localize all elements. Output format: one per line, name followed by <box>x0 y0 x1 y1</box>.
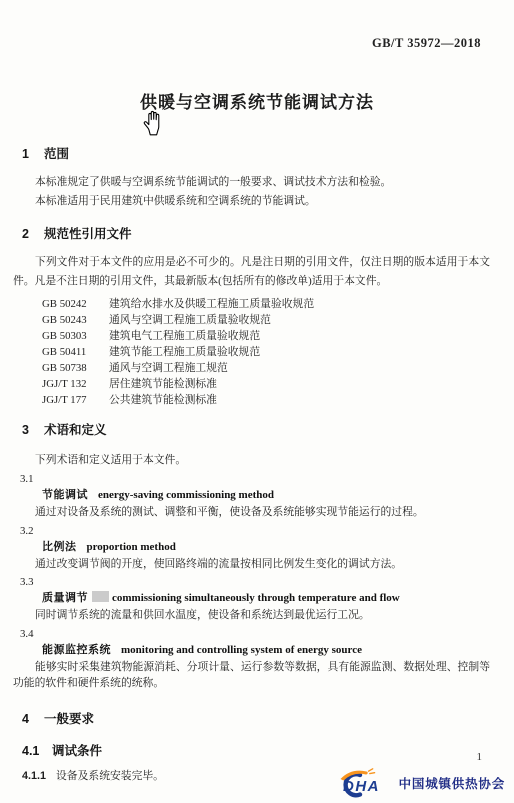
section-4-heading: 4一般要求 <box>22 712 514 727</box>
clause-number: 4.1.1 <box>22 770 46 782</box>
selection-highlight <box>92 591 109 602</box>
term-number: 3.1 <box>20 472 514 487</box>
term-title-row: 节能调试energy-saving commissioning method <box>42 487 514 503</box>
reference-item: JGJ/T 177公共建筑节能检测标准 <box>42 392 514 408</box>
term-title-row: 比例法proportion method <box>42 539 514 555</box>
term-zh: 能源监控系统 <box>42 644 111 656</box>
section-number: 3 <box>22 423 32 438</box>
org-name: 中国城镇供热协会 <box>399 774 505 792</box>
section-4-1-heading: 4.1调试条件 <box>22 744 514 759</box>
term-en: energy-saving commissioning method <box>98 489 274 501</box>
reference-item: GB 50242建筑给水排水及供暖工程施工质量验收规范 <box>42 296 514 312</box>
section-number: 4.1 <box>22 744 44 759</box>
reference-item: GB 50303建筑电气工程施工质量验收规范 <box>42 328 514 344</box>
reference-title: 公共建筑节能检测标准 <box>109 394 217 406</box>
reference-code: GB 50303 <box>42 328 99 344</box>
term-en: commissioning simultaneously through tem… <box>112 592 400 604</box>
terms-intro: 下列术语和定义适用于本文件。 <box>13 452 490 469</box>
cdha-logo-icon: DHA <box>331 767 395 799</box>
term-zh: 节能调试 <box>42 489 88 501</box>
section-3-heading: 3术语和定义 <box>22 423 514 438</box>
page-title: 供暖与空调系统节能调试方法 <box>0 88 514 110</box>
cdha-logo: DHA 中国城镇供热协会 <box>331 767 505 799</box>
section-number: 4 <box>22 712 32 727</box>
reference-code: JGJ/T 132 <box>42 376 99 392</box>
section-title: 术语和定义 <box>44 423 107 437</box>
term-en: monitoring and controlling system of ene… <box>121 644 362 656</box>
reference-item: GB 50738通风与空调工程施工规范 <box>42 360 514 376</box>
section-number: 2 <box>22 227 32 242</box>
term-number: 3.4 <box>20 627 514 642</box>
term-definition: 通过改变调节阀的开度，使回路终端的流量按相同比例发生变化的调试方法。 <box>13 556 490 573</box>
section-1-heading: 1范围 <box>22 147 514 162</box>
term-number: 3.2 <box>20 524 514 539</box>
reference-list: GB 50242建筑给水排水及供暖工程施工质量验收规范 GB 50243通风与空… <box>42 296 514 408</box>
document-page[interactable]: GB/T 35972—2018 供暖与空调系统节能调试方法 1范围 本标准规定了… <box>0 0 514 803</box>
term-en: proportion method <box>87 541 176 553</box>
reference-title: 居住建筑节能检测标准 <box>109 378 217 390</box>
term-definition: 同时调节系统的流量和供回水温度，使设备和系统达到最优运行工况。 <box>13 607 490 624</box>
reference-code: GB 50243 <box>42 312 99 328</box>
standard-code: GB/T 35972—2018 <box>0 36 514 51</box>
svg-text:DHA: DHA <box>343 778 380 795</box>
section-2-heading: 2规范性引用文件 <box>22 227 514 242</box>
term-number: 3.3 <box>20 575 514 590</box>
term-title-row: 能源监控系统monitoring and controlling system … <box>42 642 514 658</box>
reference-item: JGJ/T 132居住建筑节能检测标准 <box>42 376 514 392</box>
term-zh: 比例法 <box>42 541 77 553</box>
section-title: 规范性引用文件 <box>44 227 132 241</box>
section-title: 调试条件 <box>52 744 102 758</box>
section-number: 1 <box>22 147 32 162</box>
reference-title: 通风与空调工程施工规范 <box>109 362 228 374</box>
reference-title: 通风与空调工程施工质量验收规范 <box>109 314 271 326</box>
page-number: 1 <box>477 751 483 763</box>
term-definition: 通过对设备及系统的测试、调整和平衡，使设备及系统能够实现节能运行的过程。 <box>13 504 490 521</box>
reference-title: 建筑给水排水及供暖工程施工质量验收规范 <box>109 298 314 310</box>
reference-item: GB 50243通风与空调工程施工质量验收规范 <box>42 312 514 328</box>
section-title: 一般要求 <box>44 712 94 726</box>
term-title-row: 质量调节commissioning simultaneously through… <box>42 590 514 606</box>
reference-item: GB 50411建筑节能工程施工质量验收规范 <box>42 344 514 360</box>
reference-title: 建筑节能工程施工质量验收规范 <box>109 346 260 358</box>
hand-cursor-icon <box>141 110 165 136</box>
scope-paragraph-1: 本标准规定了供暖与空调系统节能调试的一般要求、调试技术方法和检验。 <box>13 173 490 192</box>
term-definition: 能够实时采集建筑物能源消耗、分项计量、运行参数等数据，具有能源监测、数据处理、控… <box>13 659 490 692</box>
section-title: 范围 <box>44 147 69 161</box>
clause-text: 设备及系统安装完毕。 <box>56 770 164 782</box>
reference-title: 建筑电气工程施工质量验收规范 <box>109 330 260 342</box>
reference-code: GB 50242 <box>42 296 99 312</box>
reference-code: JGJ/T 177 <box>42 392 99 408</box>
term-zh: 质量调节 <box>42 592 88 604</box>
scope-paragraph-2: 本标准适用于民用建筑中供暖系统和空调系统的节能调试。 <box>13 192 490 211</box>
references-intro: 下列文件对于本文件的应用是必不可少的。凡是注日期的引用文件，仅注日期的版本适用于… <box>13 253 490 291</box>
reference-code: GB 50411 <box>42 344 99 360</box>
reference-code: GB 50738 <box>42 360 99 376</box>
